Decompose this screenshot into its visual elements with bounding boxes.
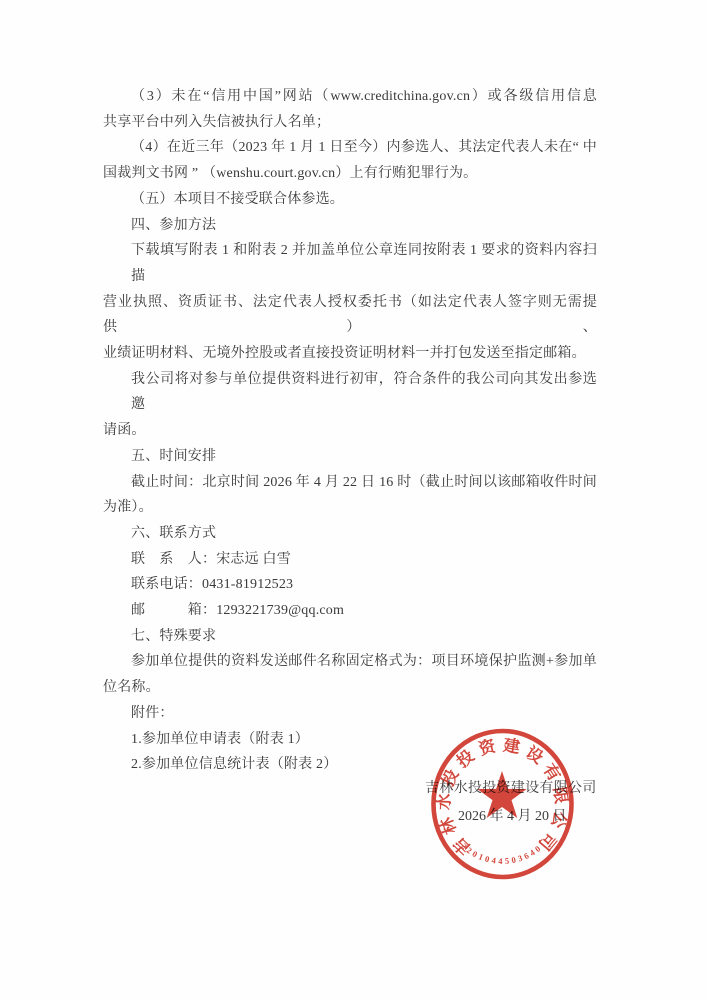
doc-line: 六、联系方式 [103,521,597,547]
doc-line: 四、参加方法 [103,213,597,239]
doc-line: 位名称。 [103,675,597,701]
doc-line: 联系电话：0431-81912523 [103,572,597,598]
doc-line: 七、特殊要求 [103,624,597,650]
doc-line: 下载填写附表 1 和附表 2 并加盖单位公章连同按附表 1 要求的资料内容扫描 [103,238,597,289]
company-seal-stamp: 吉林水投投资建设有限公司 2201044503640 [428,728,578,880]
document-body: （3）未在“信用中国”网站（www.creditchina.gov.cn）或各级… [103,84,597,778]
doc-line: 业绩证明材料、无境外控股或者直接投资证明材料一并打包发送至指定邮箱。 [103,341,597,367]
doc-line: 营业执照、资质证书、法定代表人授权委托书（如法定代表人签字则无需提供）、 [103,290,597,341]
doc-line: 共享平台中列入失信被执行人名单； [103,110,597,136]
doc-line: 邮 箱：1293221739@qq.com [103,598,597,624]
doc-line: 参加单位提供的资料发送邮件名称固定格式为：项目环境保护监测+参加单 [103,649,597,675]
doc-line: 请函。 [103,418,597,444]
doc-line: 截止时间：北京时间 2026 年 4 月 22 日 16 时（截止时间以该邮箱收… [103,470,597,496]
doc-line: 联 系 人：宋志远 白雪 [103,547,597,573]
seal-star [477,771,526,818]
doc-line: （3）未在“信用中国”网站（www.creditchina.gov.cn）或各级… [103,84,597,110]
scanned-document-page: （3）未在“信用中国”网站（www.creditchina.gov.cn）或各级… [0,0,707,1000]
doc-line: （五）本项目不接受联合体参选。 [103,187,597,213]
doc-line: 附件： [103,701,597,727]
doc-line: 五、时间安排 [103,444,597,470]
doc-line: 为准）。 [103,495,597,521]
doc-line: 国裁判文书网 ” （wenshu.court.gov.cn）上有行贿犯罪行为。 [103,161,597,187]
doc-line: （4）在近三年（2023 年 1 月 1 日至今）内参选人、其法定代表人未在“ … [103,135,597,161]
doc-line: 我公司将对参与单位提供资料进行初审，符合条件的我公司向其发出参选邀 [103,367,597,418]
